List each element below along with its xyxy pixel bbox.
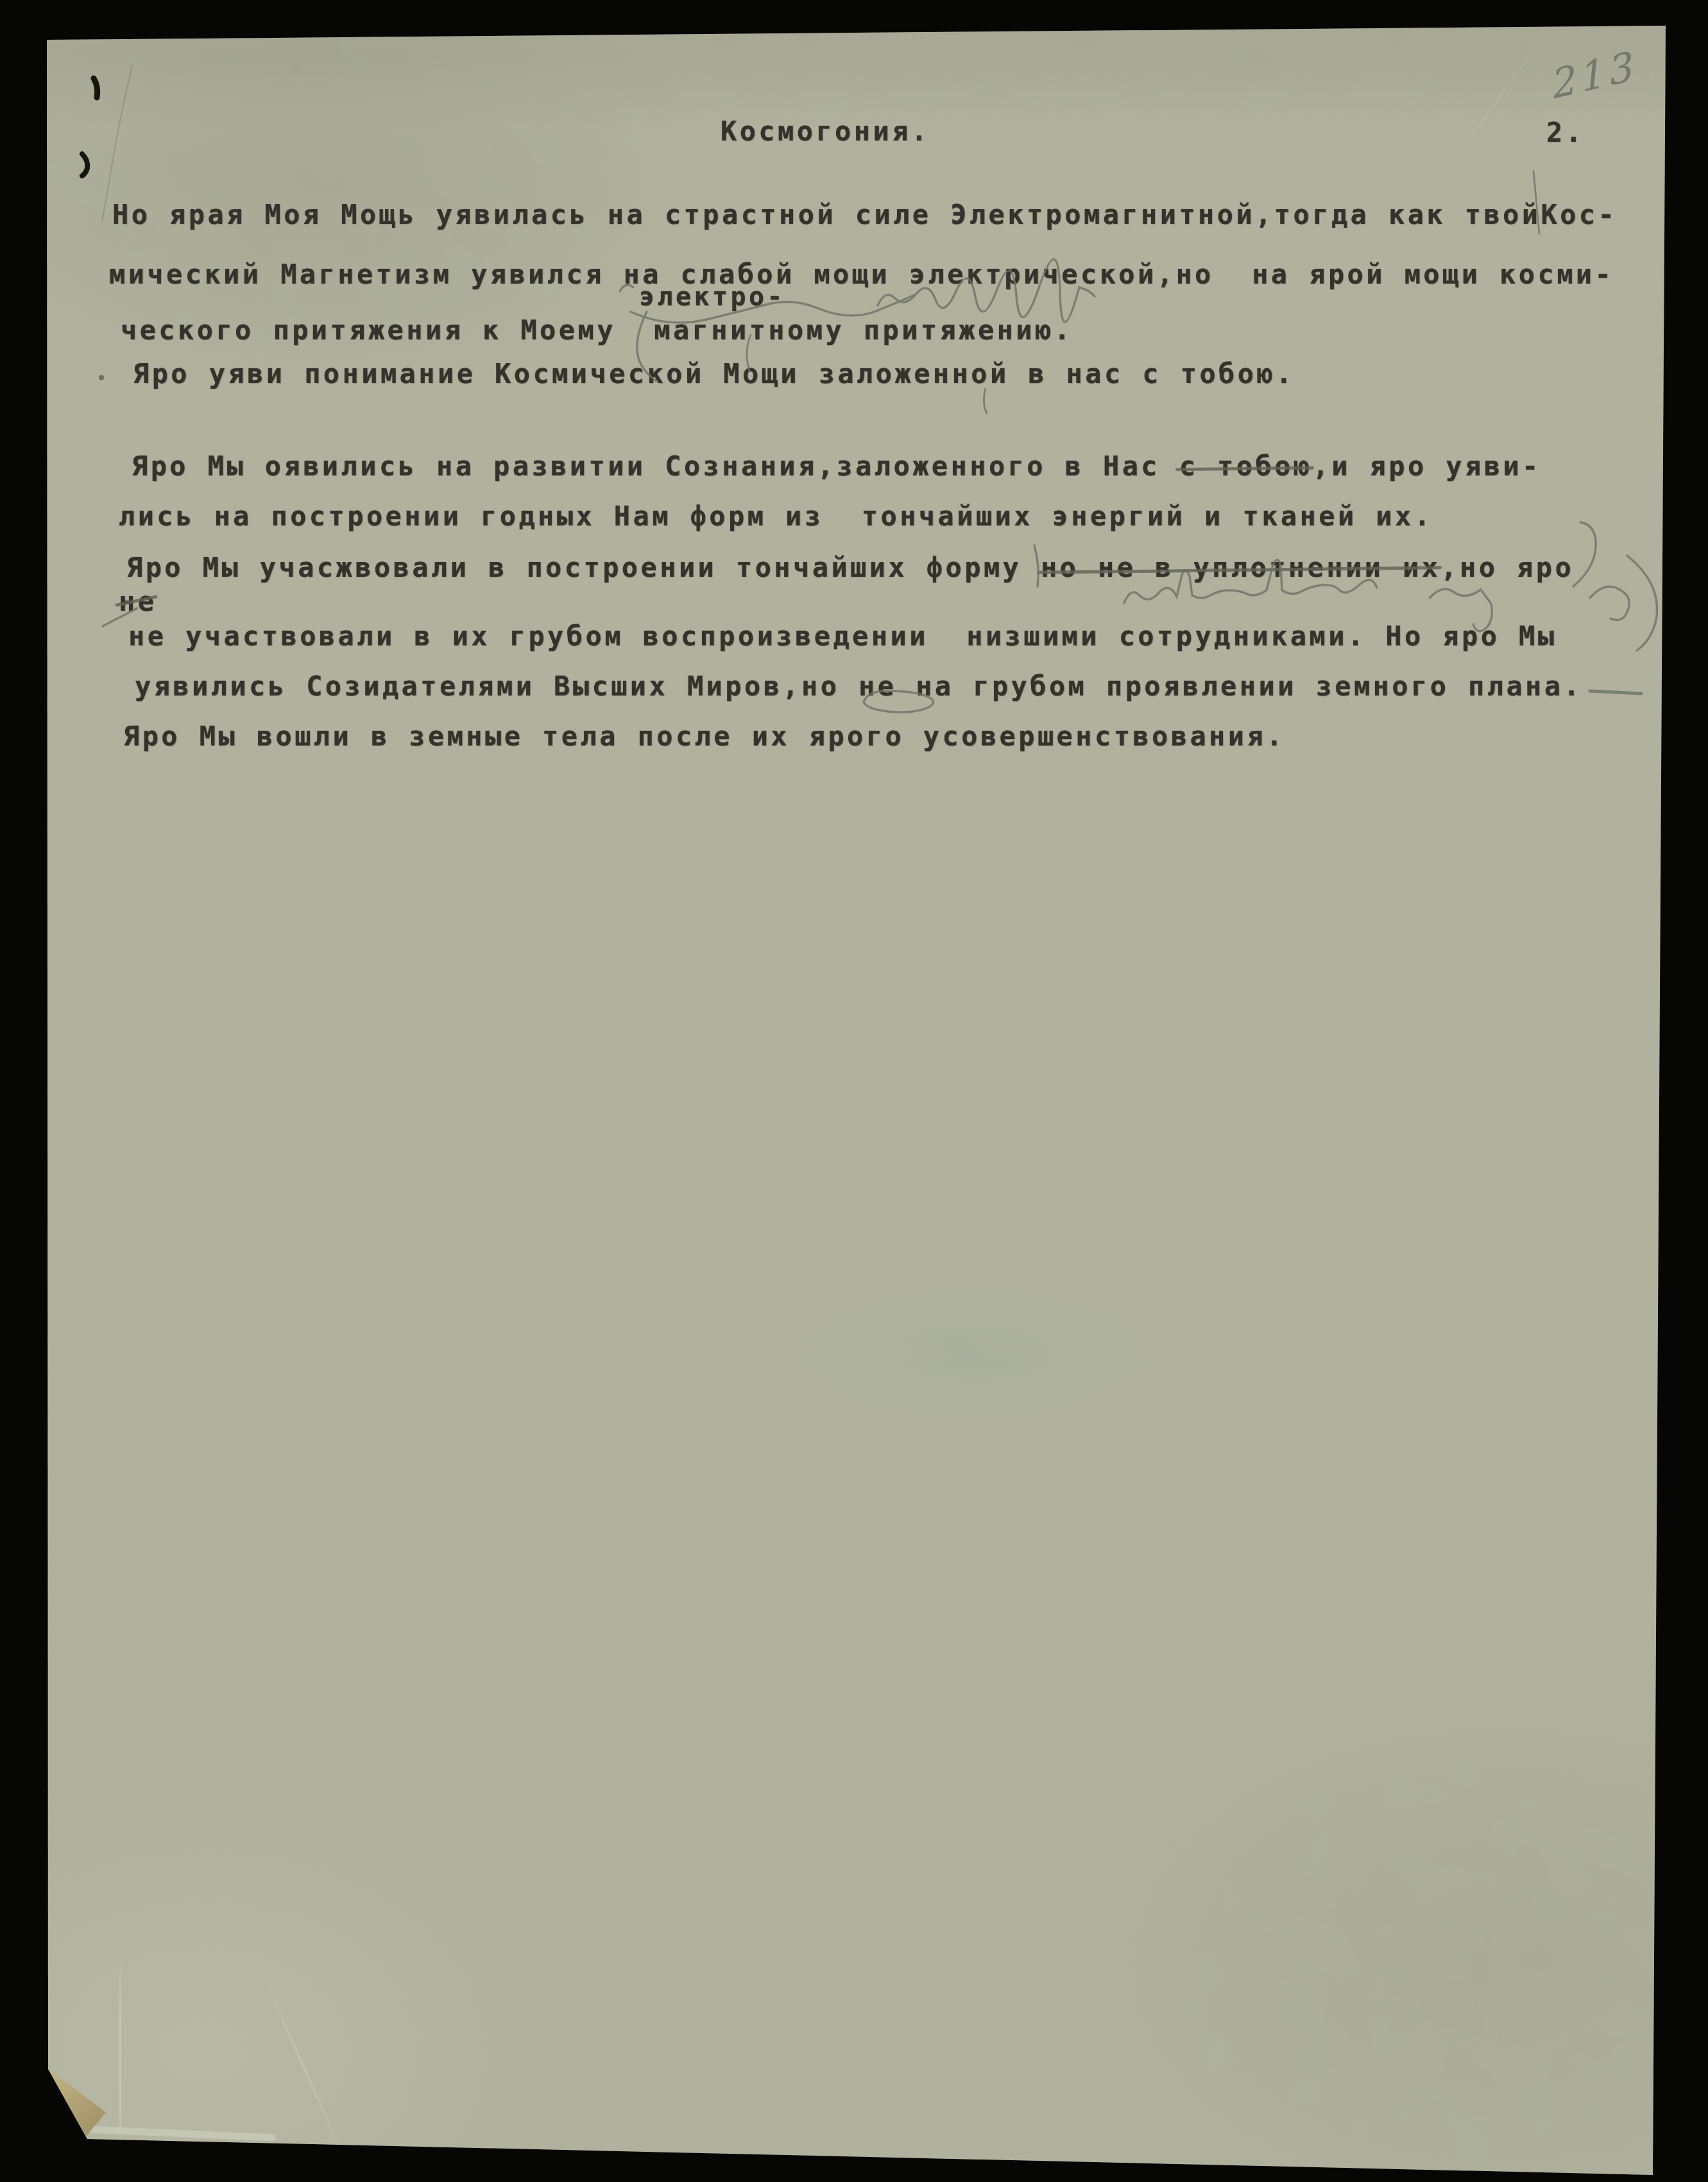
ink-mark-comma (82, 154, 87, 176)
folio-number-handwritten: 213 (1551, 41, 1640, 108)
line-7-pre: Яро Мы учасжвовали в построении тончайши… (126, 552, 1041, 583)
typed-line-3: ческого притяжения к Моему магнитному пр… (121, 316, 1073, 345)
typed-line-10: уявились Созидателями Высших Миров,но не… (135, 672, 1582, 701)
line-7-post: ,но яро (1440, 552, 1574, 583)
typed-line-9: не участвовали в их грубом воспроизведен… (128, 622, 1557, 651)
paper-sheet: 213 Космогония. 2. Но ярая Моя Мощь уяви… (0, 0, 1708, 2182)
typed-line-6: лись на построении годных Нам форм из то… (119, 502, 1433, 531)
typed-line-7: Яро Мы учасжвовали в построении тончайши… (126, 553, 1574, 583)
paper-crease (1454, 45, 1538, 160)
pencil-tick-line4 (984, 389, 987, 413)
line-5-pre: Яро Мы оявились на развитии Сознания,зал… (132, 450, 1179, 482)
typed-line-1: Но ярая Моя Мощь уявилась на страстной с… (112, 200, 1617, 230)
typed-line-5: Яро Мы оявились на развитии Сознания,зал… (132, 452, 1541, 481)
pencil-dash-after-plana (1590, 691, 1641, 694)
ink-mark-apostrophe (94, 78, 98, 98)
line-5-post: ,и яро уяви- (1313, 450, 1541, 482)
typed-line-11: Яро Мы вошли в земные тела после их ярог… (123, 722, 1285, 751)
pencil-scribble-4 (1590, 586, 1629, 620)
line-5-struck-segment: с тобою (1179, 452, 1313, 481)
fold-edge-highlight (90, 2126, 276, 2142)
page-title: Космогония. (721, 117, 930, 146)
struck-out-ne: не (119, 587, 157, 617)
margin-dot (99, 375, 104, 380)
paper-crease (261, 1973, 357, 2182)
page-number: 2. (1546, 118, 1584, 148)
typed-line-8: не (119, 587, 157, 617)
scanned-document-page: 213 Космогония. 2. Но ярая Моя Мощь уяви… (0, 0, 1708, 2182)
pencil-hook-line7-end (1573, 522, 1596, 586)
pencil-margin-curve (1627, 556, 1657, 651)
typed-line-2: мический Магнетизм уявился на слабой мощ… (109, 260, 1614, 289)
line-7-struck-segment: но не в уплотнении их (1041, 553, 1440, 583)
paper-crease (119, 1950, 121, 2175)
typed-line-4: Яро уяви понимание Космической Мощи зало… (133, 359, 1295, 389)
typed-interlinear-insertion: электро- (639, 282, 785, 312)
